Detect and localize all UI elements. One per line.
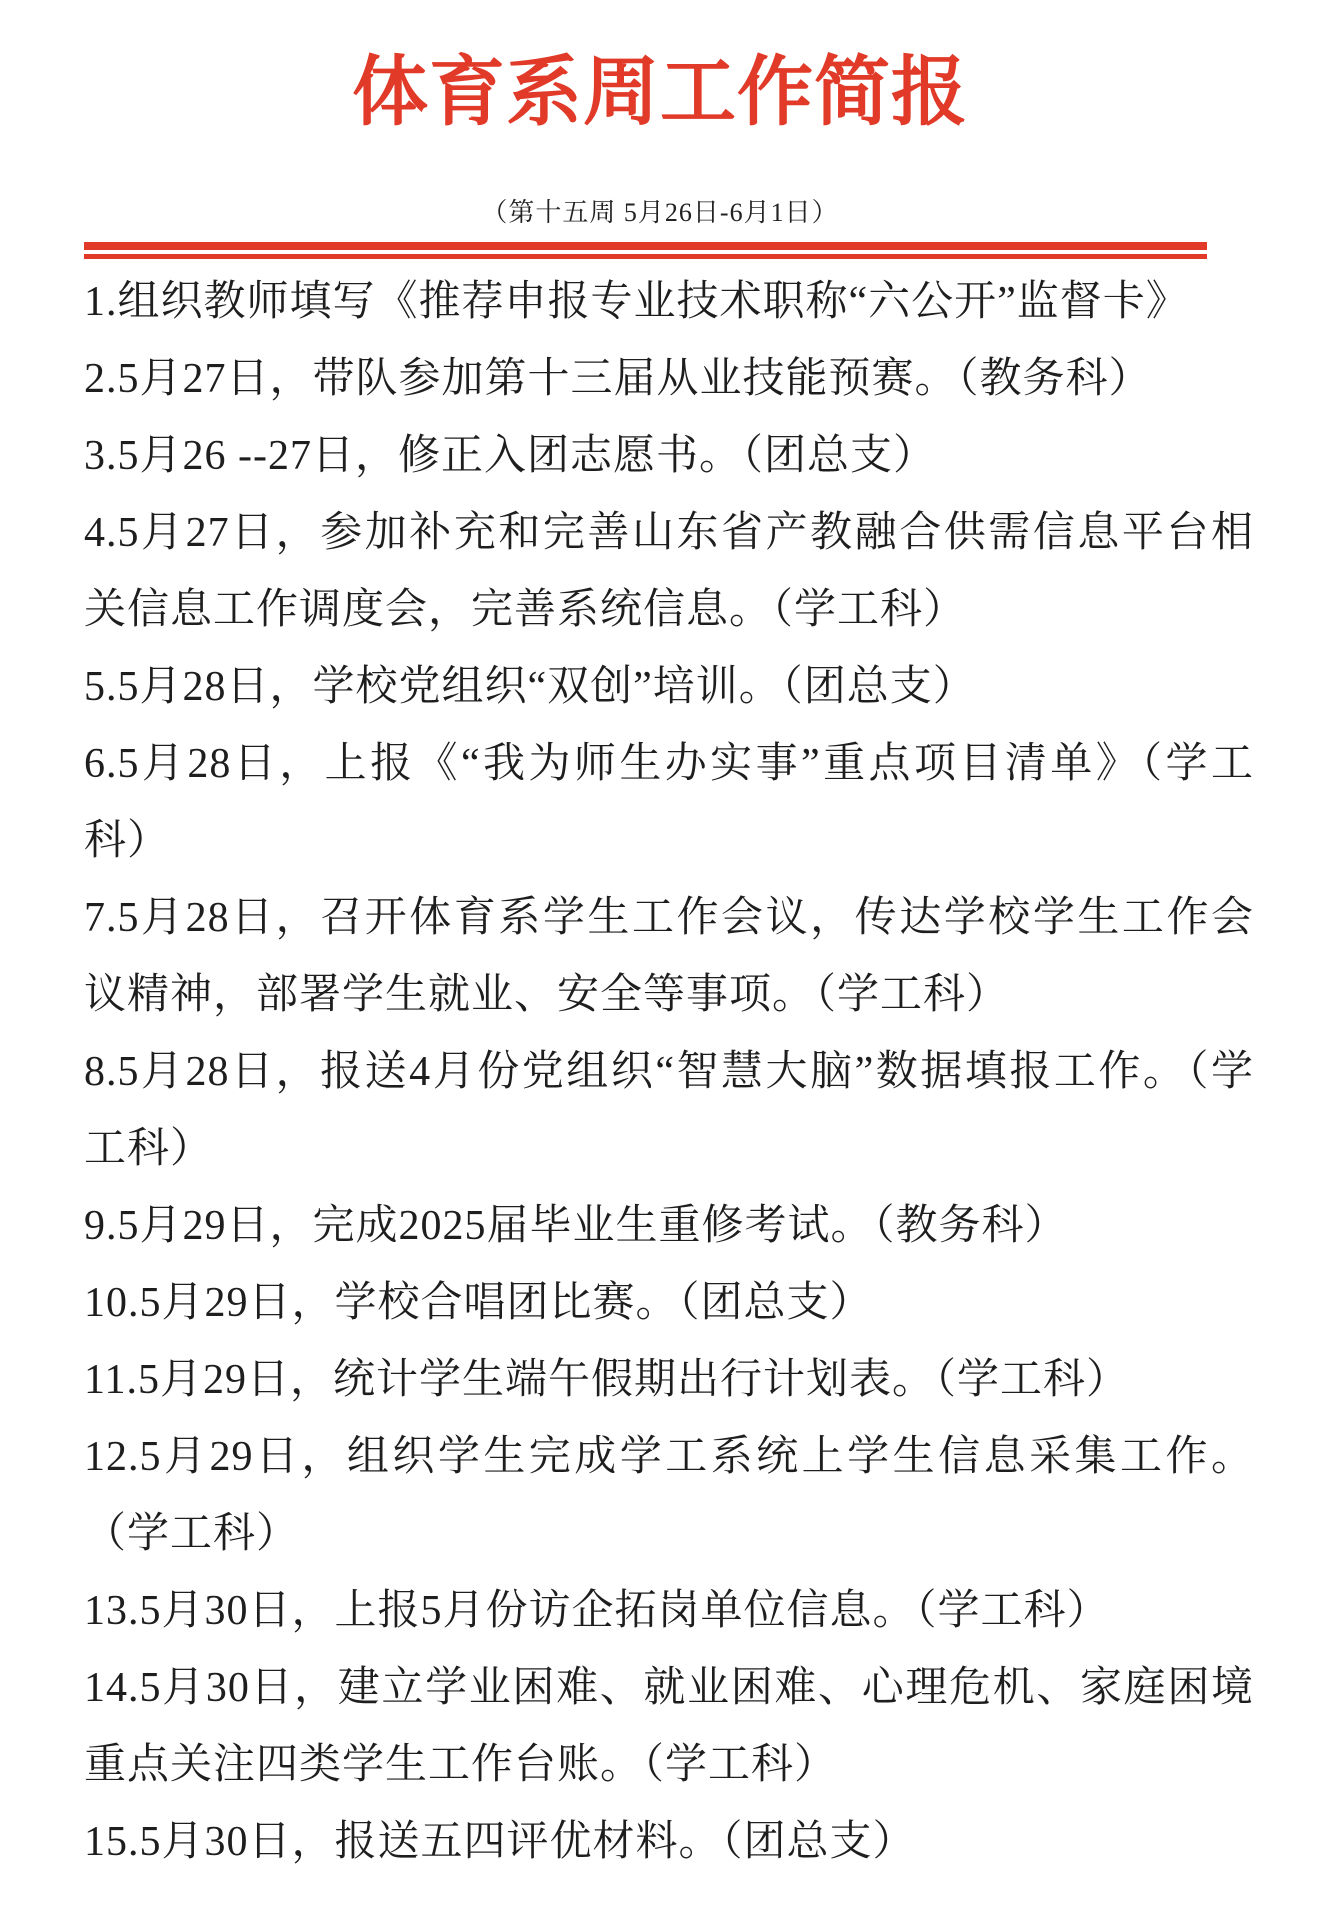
page-title: 体育系周工作简报: [0, 0, 1320, 134]
work-item: 2.5月27日，带队参加第十三届从业技能预赛。（教务科）: [84, 341, 1254, 418]
work-item: 8.5月28日，报送4月份党组织“智慧大脑”数据填报工作。（学工科）: [84, 1034, 1254, 1188]
work-item: 4.5月27日，参加补充和完善山东省产教融合供需信息平台相关信息工作调度会，完善…: [84, 495, 1254, 649]
work-items-list: 1.组织教师填写《推荐申报专业技术职称“六公开”监督卡》2.5月27日，带队参加…: [84, 264, 1254, 1881]
work-item: 10.5月29日，学校合唱团比赛。（团总支）: [84, 1265, 1254, 1342]
work-item: 7.5月28日，召开体育系学生工作会议，传达学校学生工作会议精神，部署学生就业、…: [84, 880, 1254, 1034]
work-item: 1.组织教师填写《推荐申报专业技术职称“六公开”监督卡》: [84, 264, 1254, 341]
work-item: 3.5月26 --27日，修正入团志愿书。（团总支）: [84, 418, 1254, 495]
rule-thick-line: [84, 242, 1207, 250]
work-item: 14.5月30日，建立学业困难、就业困难、心理危机、家庭困境重点关注四类学生工作…: [84, 1650, 1254, 1804]
rule-thin-line: [84, 254, 1207, 259]
work-item: 12.5月29日，组织学生完成学工系统上学生信息采集工作。（学工科）: [84, 1419, 1254, 1573]
page-subtitle: （第十五周 5月26日-6月1日）: [0, 200, 1320, 226]
work-item: 15.5月30日，报送五四评优材料。（团总支）: [84, 1804, 1254, 1881]
work-item: 11.5月29日，统计学生端午假期出行计划表。（学工科）: [84, 1342, 1254, 1419]
double-rule: [84, 242, 1207, 259]
bulletin-page: 体育系周工作简报 （第十五周 5月26日-6月1日） 1.组织教师填写《推荐申报…: [0, 0, 1320, 1908]
work-item: 6.5月28日，上报《“我为师生办实事”重点项目清单》（学工科）: [84, 726, 1254, 880]
work-item: 13.5月30日，上报5月份访企拓岗单位信息。（学工科）: [84, 1573, 1254, 1650]
work-item: 9.5月29日，完成2025届毕业生重修考试。（教务科）: [84, 1188, 1254, 1265]
work-item: 5.5月28日，学校党组织“双创”培训。（团总支）: [84, 649, 1254, 726]
